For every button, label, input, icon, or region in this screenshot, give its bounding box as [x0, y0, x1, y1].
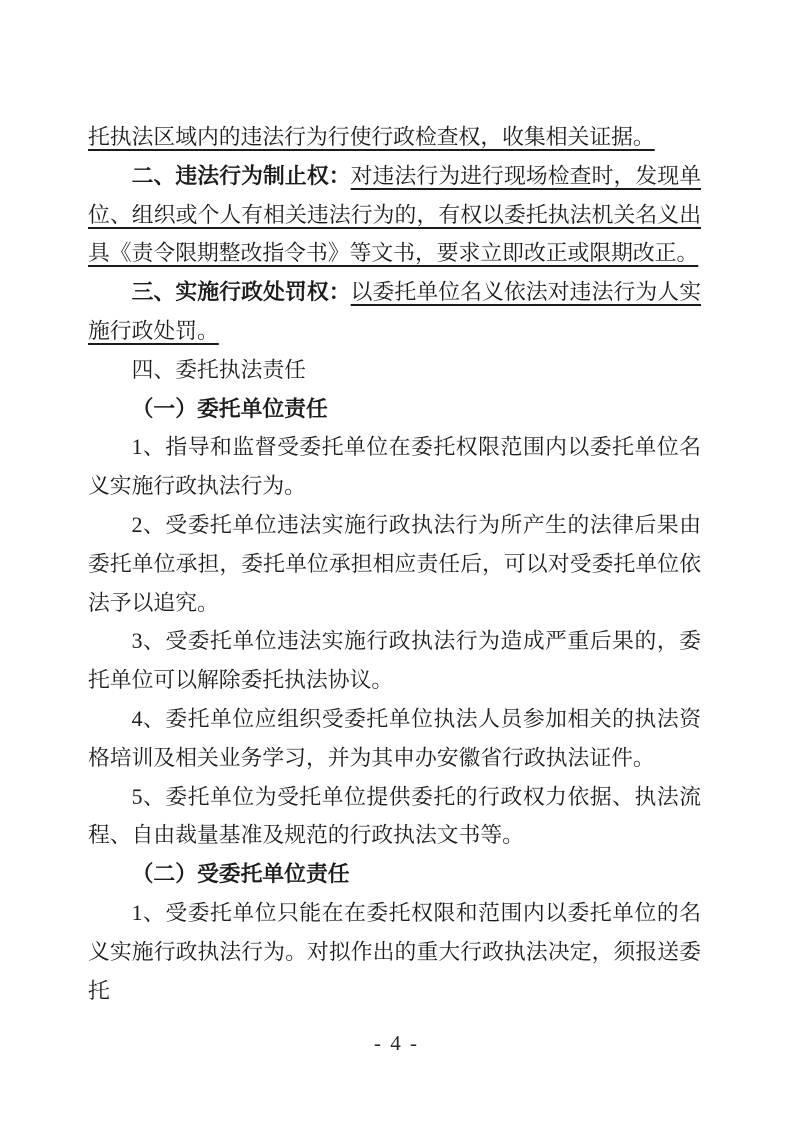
- list-item-text: 3、受委托单位违法实施行政执法行为造成严重后果的，委托单位可以解除委托执法协议。: [88, 629, 701, 692]
- list-item-text: 2、受委托单位违法实施行政执法行为所产生的法律后果由委托单位承担，委托单位承担相…: [88, 513, 701, 615]
- document-page: 托执法区域内的违法行为行使行政检查权，收集相关证据。 二、违法行为制止权：对违法…: [0, 0, 793, 1122]
- section-2-paragraph: 二、违法行为制止权：对违法行为进行现场检查时，发现单位、组织或个人有相关违法行为…: [88, 157, 701, 273]
- list-item-paragraph: 3、受委托单位违法实施行政执法行为造成严重后果的，委托单位可以解除委托执法协议。: [88, 622, 701, 700]
- list-item-text: 4、委托单位应组织受委托单位执法人员参加相关的执法资格培训及相关业务学习，并为其…: [88, 707, 701, 770]
- list-item-paragraph: 5、委托单位为受托单位提供委托的行政权力依据、执法流程、自由裁量基准及规范的行政…: [88, 778, 701, 856]
- section-4-heading-paragraph: 四、委托执法责任: [88, 351, 701, 390]
- section-4-heading: 四、委托执法责任: [132, 357, 306, 382]
- list-item-text: 1、指导和监督受委托单位在委托权限范围内以委托单位名义实施行政执法行为。: [88, 435, 701, 498]
- subsection-2-heading-paragraph: （二）受委托单位责任: [88, 855, 701, 894]
- list-item-paragraph: 1、受委托单位只能在在委托权限和范围内以委托单位的名义实施行政执法行为。对拟作出…: [88, 894, 701, 1010]
- list-item-text: 1、受委托单位只能在在委托权限和范围内以委托单位的名义实施行政执法行为。对拟作出…: [88, 901, 701, 1003]
- list-item-paragraph: 2、受委托单位违法实施行政执法行为所产生的法律后果由委托单位承担，委托单位承担相…: [88, 506, 701, 622]
- section-2-heading: 二、违法行为制止权：: [132, 164, 351, 188]
- section-3-paragraph: 三、实施行政处罚权：以委托单位名义依法对违法行为人实施行政处罚。: [88, 273, 701, 351]
- page-number: - 4 -: [374, 1031, 419, 1055]
- paragraph-continuation: 托执法区域内的违法行为行使行政检查权，收集相关证据。: [88, 118, 701, 157]
- list-item-text: 5、委托单位为受托单位提供委托的行政权力依据、执法流程、自由裁量基准及规范的行政…: [88, 785, 701, 848]
- subsection-2-heading: （二）受委托单位责任: [132, 862, 350, 886]
- page-footer: - 4 -: [0, 1028, 793, 1058]
- subsection-1-heading: （一）委托单位责任: [132, 397, 328, 421]
- subsection-1-heading-paragraph: （一）委托单位责任: [88, 390, 701, 429]
- section-3-heading: 三、实施行政处罚权：: [132, 280, 351, 304]
- list-item-paragraph: 4、委托单位应组织受委托单位执法人员参加相关的执法资格培训及相关业务学习，并为其…: [88, 700, 701, 778]
- document-body: 托执法区域内的违法行为行使行政检查权，收集相关证据。 二、违法行为制止权：对违法…: [88, 118, 701, 1010]
- underlined-clause-text: 托执法区域内的违法行为行使行政检查权，收集相关证据。: [88, 125, 655, 149]
- list-item-paragraph: 1、指导和监督受委托单位在委托权限范围内以委托单位名义实施行政执法行为。: [88, 428, 701, 506]
